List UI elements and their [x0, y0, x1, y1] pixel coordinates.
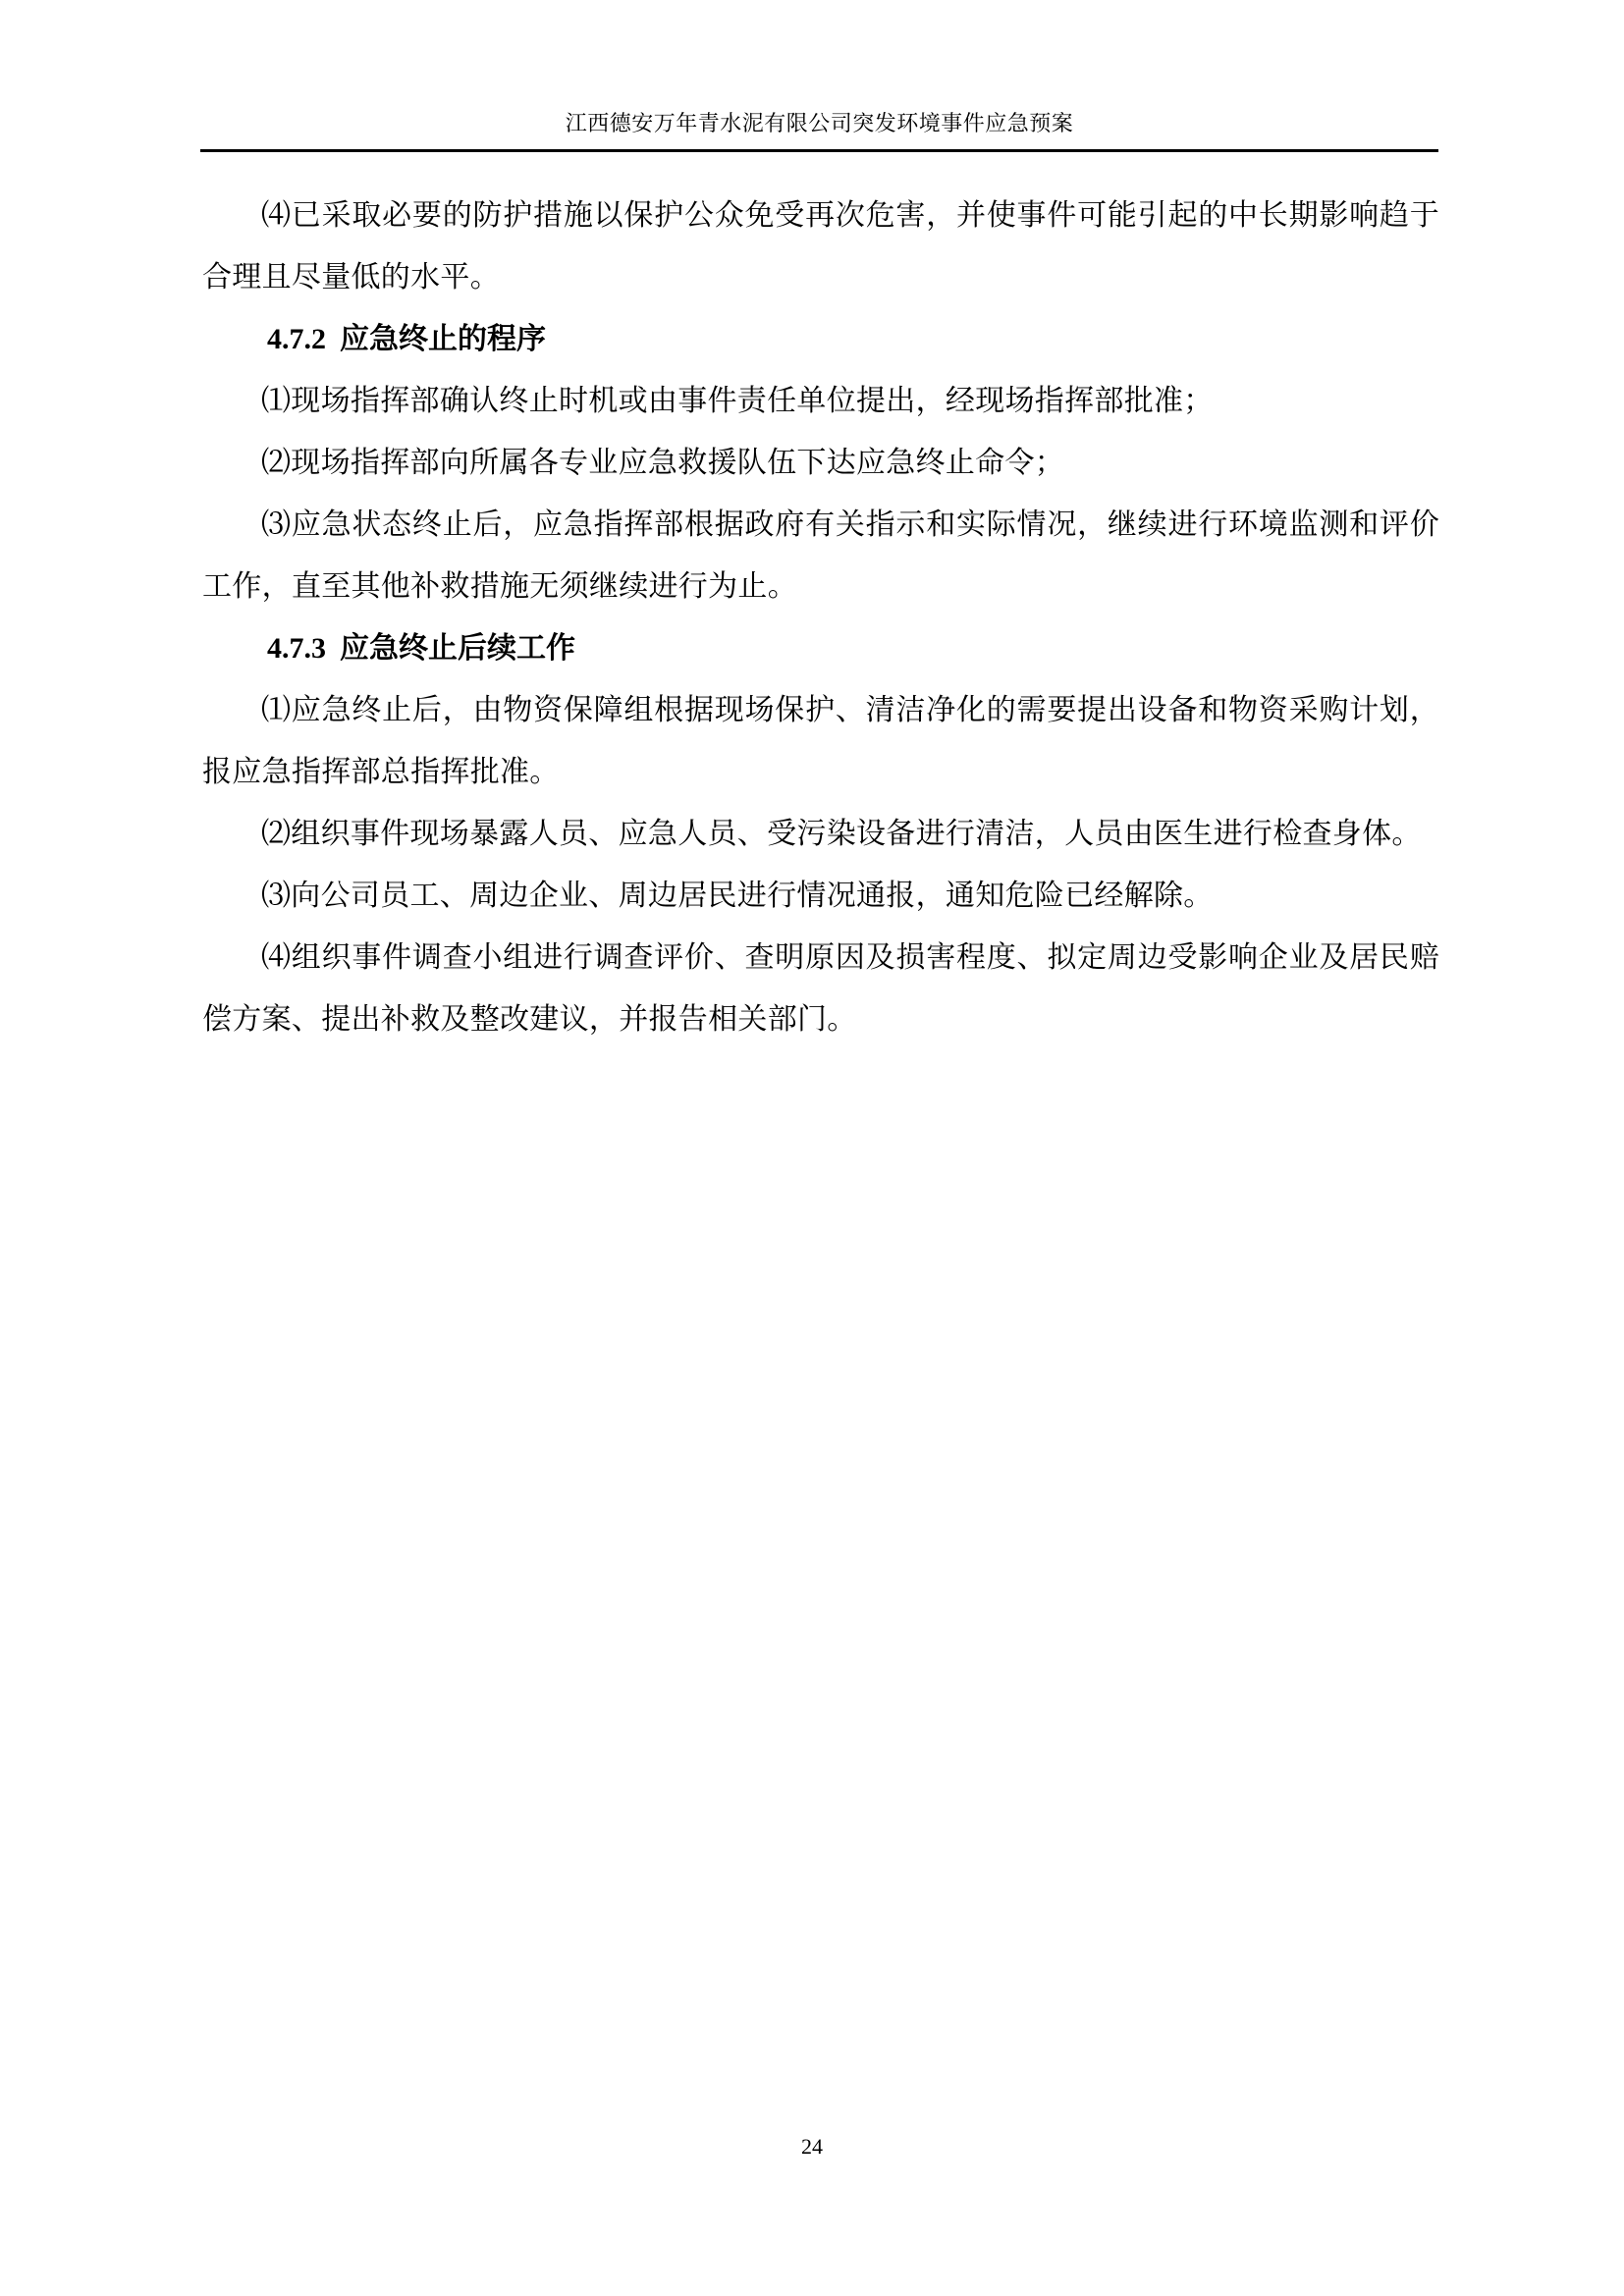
page-header-title: 江西德安万年青水泥有限公司突发环境事件应急预案	[200, 110, 1438, 139]
paragraph: ⑷组织事件调查小组进行调查评价、查明原因及损害程度、拟定周边受影响企业及居民赔偿…	[202, 927, 1439, 1050]
paragraph: ⑶应急状态终止后，应急指挥部根据政府有关指示和实际情况，继续进行环境监测和评价工…	[202, 494, 1439, 617]
section-title: 应急终止后续工作	[340, 631, 575, 666]
page-number: 24	[0, 2132, 1624, 2162]
paragraph: ⑴应急终止后，由物资保障组根据现场保护、清洁净化的需要提出设备和物资采购计划，报…	[202, 679, 1439, 803]
intro-paragraph: ⑷已采取必要的防护措施以保护公众免受再次危害，并使事件可能引起的中长期影响趋于合…	[202, 185, 1439, 308]
paragraph: ⑶向公司员工、周边企业、周边居民进行情况通报，通知危险已经解除。	[202, 865, 1439, 927]
section-title: 应急终止的程序	[340, 322, 546, 356]
paragraph: ⑴现场指挥部确认终止时机或由事件责任单位提出，经现场指挥部批准；	[202, 370, 1439, 432]
paragraph: ⑵现场指挥部向所属各专业应急救援队伍下达应急终止命令；	[202, 432, 1439, 494]
paragraph: ⑵组织事件现场暴露人员、应急人员、受污染设备进行清洁，人员由医生进行检查身体。	[202, 803, 1439, 865]
section-number: 4.7.2	[267, 323, 326, 355]
document-body: ⑷已采取必要的防护措施以保护公众免受再次危害，并使事件可能引起的中长期影响趋于合…	[202, 185, 1439, 1050]
header-divider	[200, 149, 1438, 152]
section-heading-4-7-2: 4.7.2应急终止的程序	[202, 308, 1439, 370]
section-heading-4-7-3: 4.7.3应急终止后续工作	[202, 617, 1439, 679]
section-number: 4.7.3	[267, 632, 326, 665]
